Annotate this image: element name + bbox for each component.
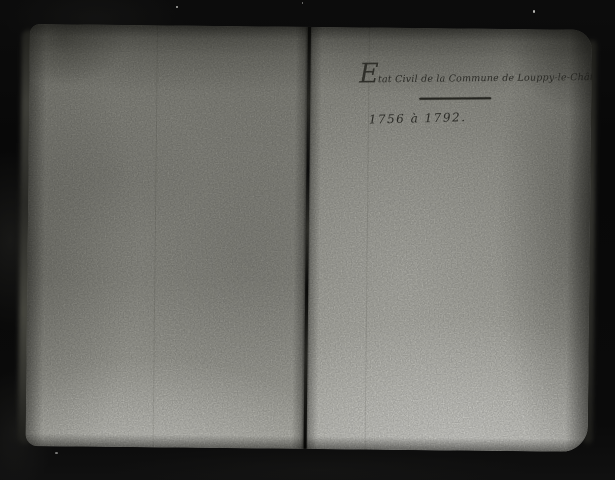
dust-speck: [55, 452, 58, 454]
title-inscription: Etat Civil de la Commune de Louppy-le-Ch…: [359, 56, 592, 90]
right-page: Etat Civil de la Commune de Louppy-le-Ch…: [304, 27, 592, 452]
date-inscription: 1756 à 1792.: [369, 110, 467, 126]
title-underline: [419, 97, 491, 100]
left-page: [26, 24, 308, 449]
dust-speck: [302, 2, 303, 4]
fold-line: [153, 25, 158, 447]
dust-speck: [533, 10, 535, 13]
book-spread: Etat Civil de la Commune de Louppy-le-Ch…: [26, 24, 592, 452]
register-book: Etat Civil de la Commune de Louppy-le-Ch…: [26, 24, 592, 452]
scan-background: Etat Civil de la Commune de Louppy-le-Ch…: [0, 0, 615, 480]
fold-line: [365, 28, 370, 450]
dust-speck: [176, 6, 178, 8]
